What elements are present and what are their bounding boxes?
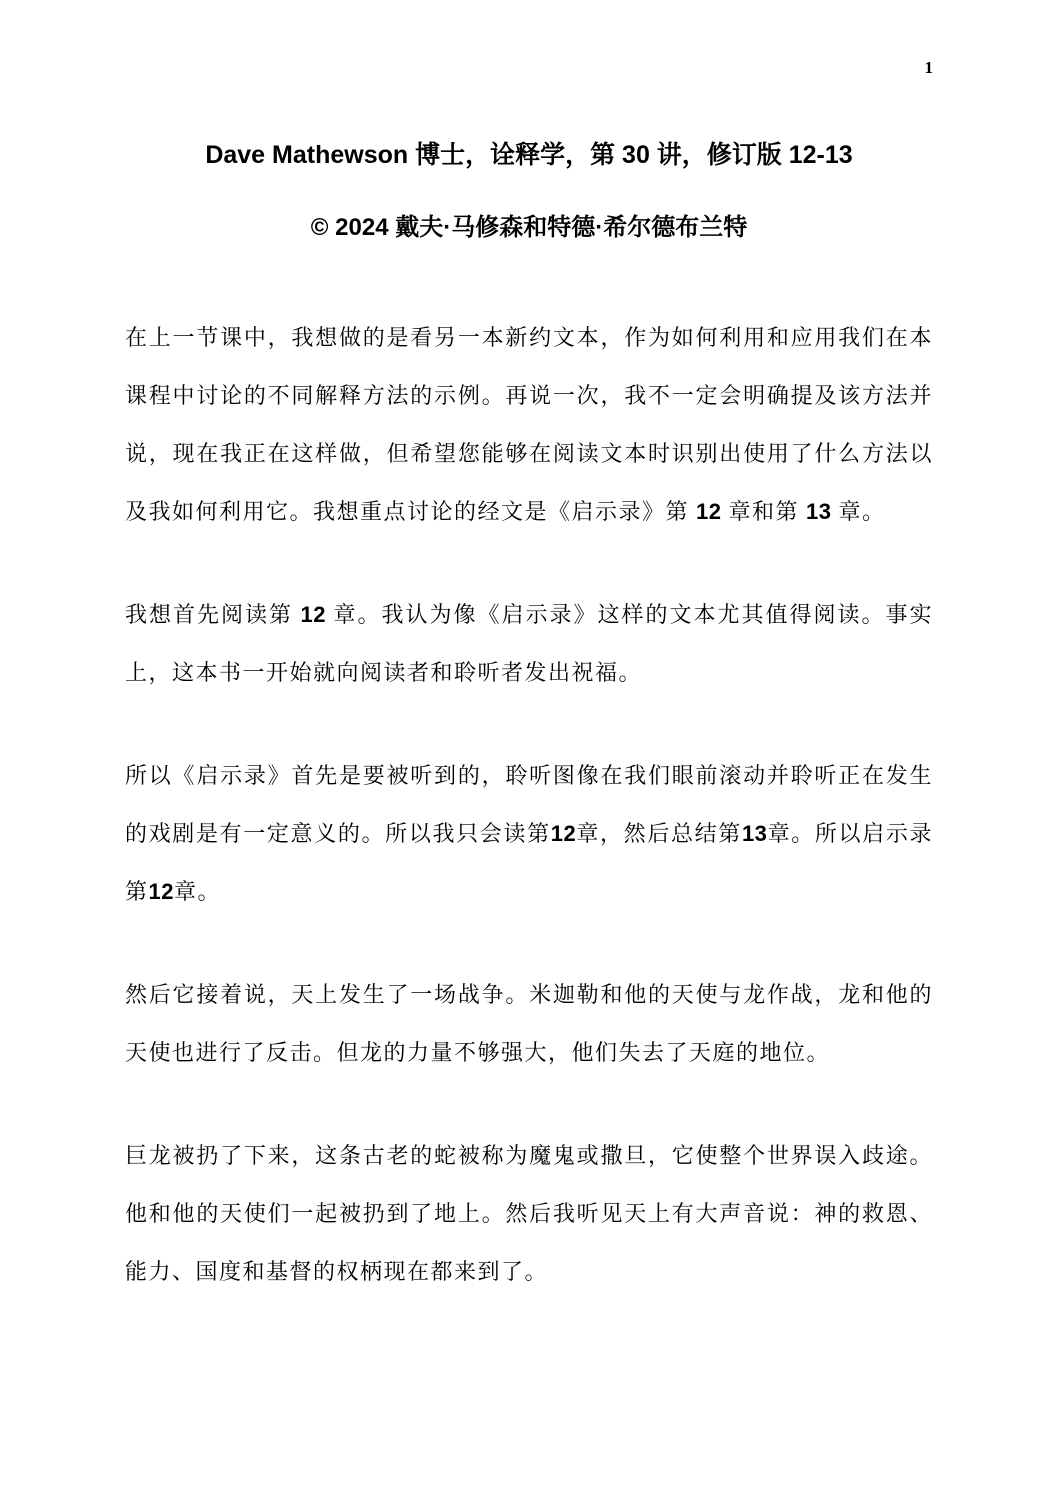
copyright-line: © 2024 戴夫·马修森和特德·希尔德布兰特 (125, 210, 933, 246)
title-block: Dave Mathewson 博士，诠释学，第 30 讲，修订版 12-13 ©… (125, 137, 933, 246)
document-body: 在上一节课中，我想做的是看另一本新约文本，作为如何利用和应用我们在本课程中讨论的… (125, 309, 933, 1301)
document-title: Dave Mathewson 博士，诠释学，第 30 讲，修订版 12-13 (125, 137, 933, 173)
body-paragraph: 巨龙被扔了下来，这条古老的蛇被称为魔鬼或撒旦，它使整个世界误入歧途。他和他的天使… (125, 1127, 933, 1301)
body-paragraph: 我想首先阅读第 12 章。我认为像《启示录》这样的文本尤其值得阅读。事实上，这本… (125, 586, 933, 702)
document-page: 1 Dave Mathewson 博士，诠释学，第 30 讲，修订版 12-13… (0, 0, 1058, 1497)
body-paragraph: 在上一节课中，我想做的是看另一本新约文本，作为如何利用和应用我们在本课程中讨论的… (125, 309, 933, 541)
page-number: 1 (125, 58, 933, 78)
body-paragraph: 所以《启示录》首先是要被听到的，聆听图像在我们眼前滚动并聆听正在发生的戏剧是有一… (125, 747, 933, 921)
body-paragraph: 然后它接着说，天上发生了一场战争。米迦勒和他的天使与龙作战，龙和他的天使也进行了… (125, 966, 933, 1082)
